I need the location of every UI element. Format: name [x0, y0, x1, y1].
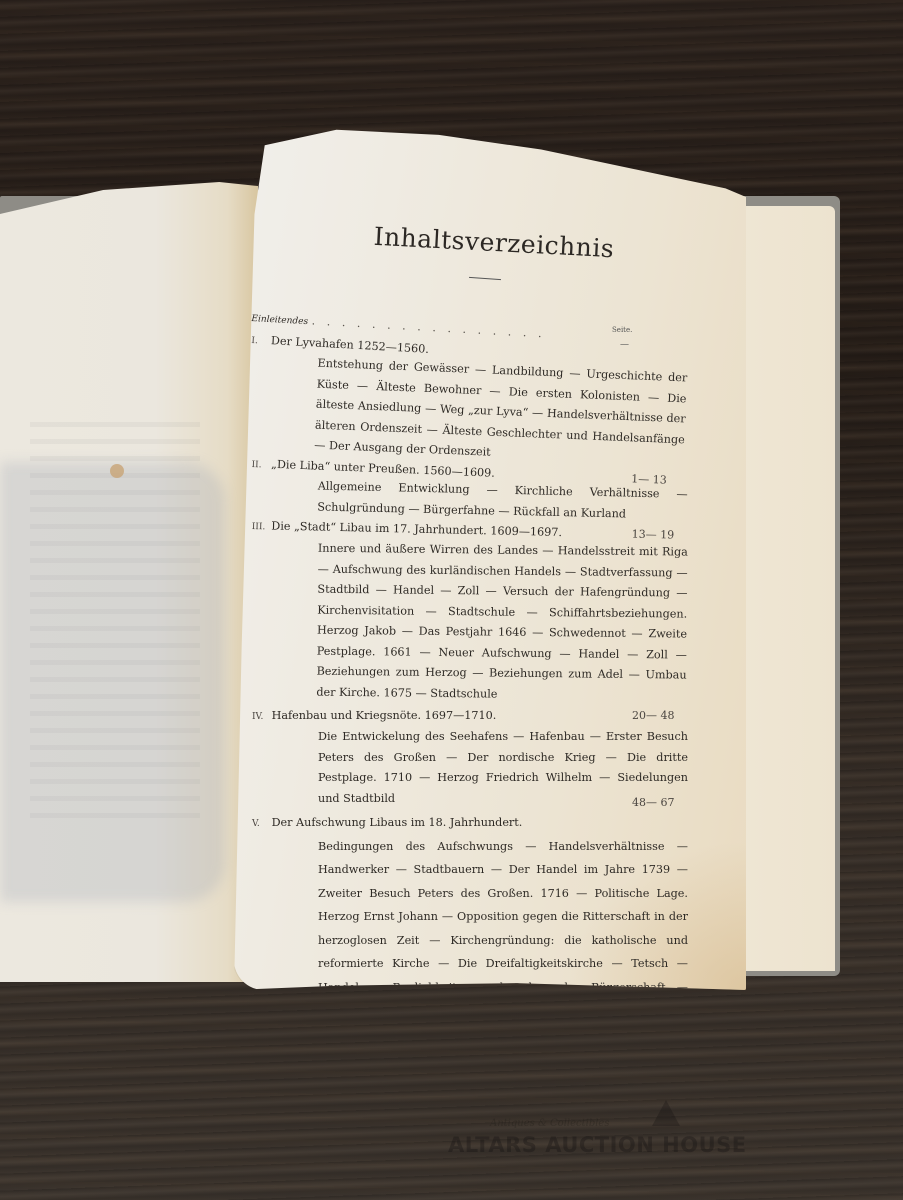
table-of-contents: Einleitendes . . . . . . . . . . . . . .… [252, 308, 662, 1093]
page-title: Inhaltsverzeichnis [333, 220, 654, 266]
left-page [0, 182, 258, 982]
chapter-description: Die Entwickelung des Seehafens — Hafenba… [252, 727, 688, 809]
watermark: ALTARS AUCTION HOUSE [448, 1133, 747, 1157]
foxing-stain [110, 464, 124, 478]
watermark-subtext: Antiques & Collectibles [490, 1118, 609, 1129]
hand-shadow [0, 462, 225, 902]
chapter-numeral: III. [252, 517, 268, 538]
toc-entry-label: Einleitendes [251, 314, 308, 327]
title-rule [469, 277, 501, 280]
chapter-description: Bedingungen des Aufschwungs — Handelsver… [252, 835, 688, 1094]
page-range: 48— 67 [632, 793, 682, 814]
chapter-heading: Die „Stadt“ Libau im 17. Jahrhundert. 16… [271, 519, 562, 539]
chapter-numeral: I. [251, 330, 268, 351]
chapter-heading: Der Aufschwung Libaus im 18. Jahrhundert… [272, 816, 523, 829]
watermark-crown-icon [652, 1100, 680, 1126]
page-range: 20— 48 [632, 706, 682, 727]
chapter-description: Innere und äußere Wirren des Landes — Ha… [250, 538, 688, 707]
chapter-description: Entstehung der Gewässer — Landbildung — … [248, 351, 688, 471]
chapter-heading: Hafenbau und Kriegsnöte. 1697—1710. [272, 709, 497, 722]
toc-entry-chapter-5[interactable]: V. Der Aufschwung Libaus im 18. Jahrhund… [252, 813, 662, 835]
chapter-numeral: IV. [252, 707, 268, 728]
chapter-numeral: II. [251, 454, 268, 475]
toc-entry-chapter-4[interactable]: IV. Hafenbau und Kriegsnöte. 1697—1710. … [252, 706, 662, 728]
chapter-numeral: V. [252, 814, 268, 835]
toc-page: Inhaltsverzeichnis Seite. — Einleitendes… [234, 128, 746, 990]
